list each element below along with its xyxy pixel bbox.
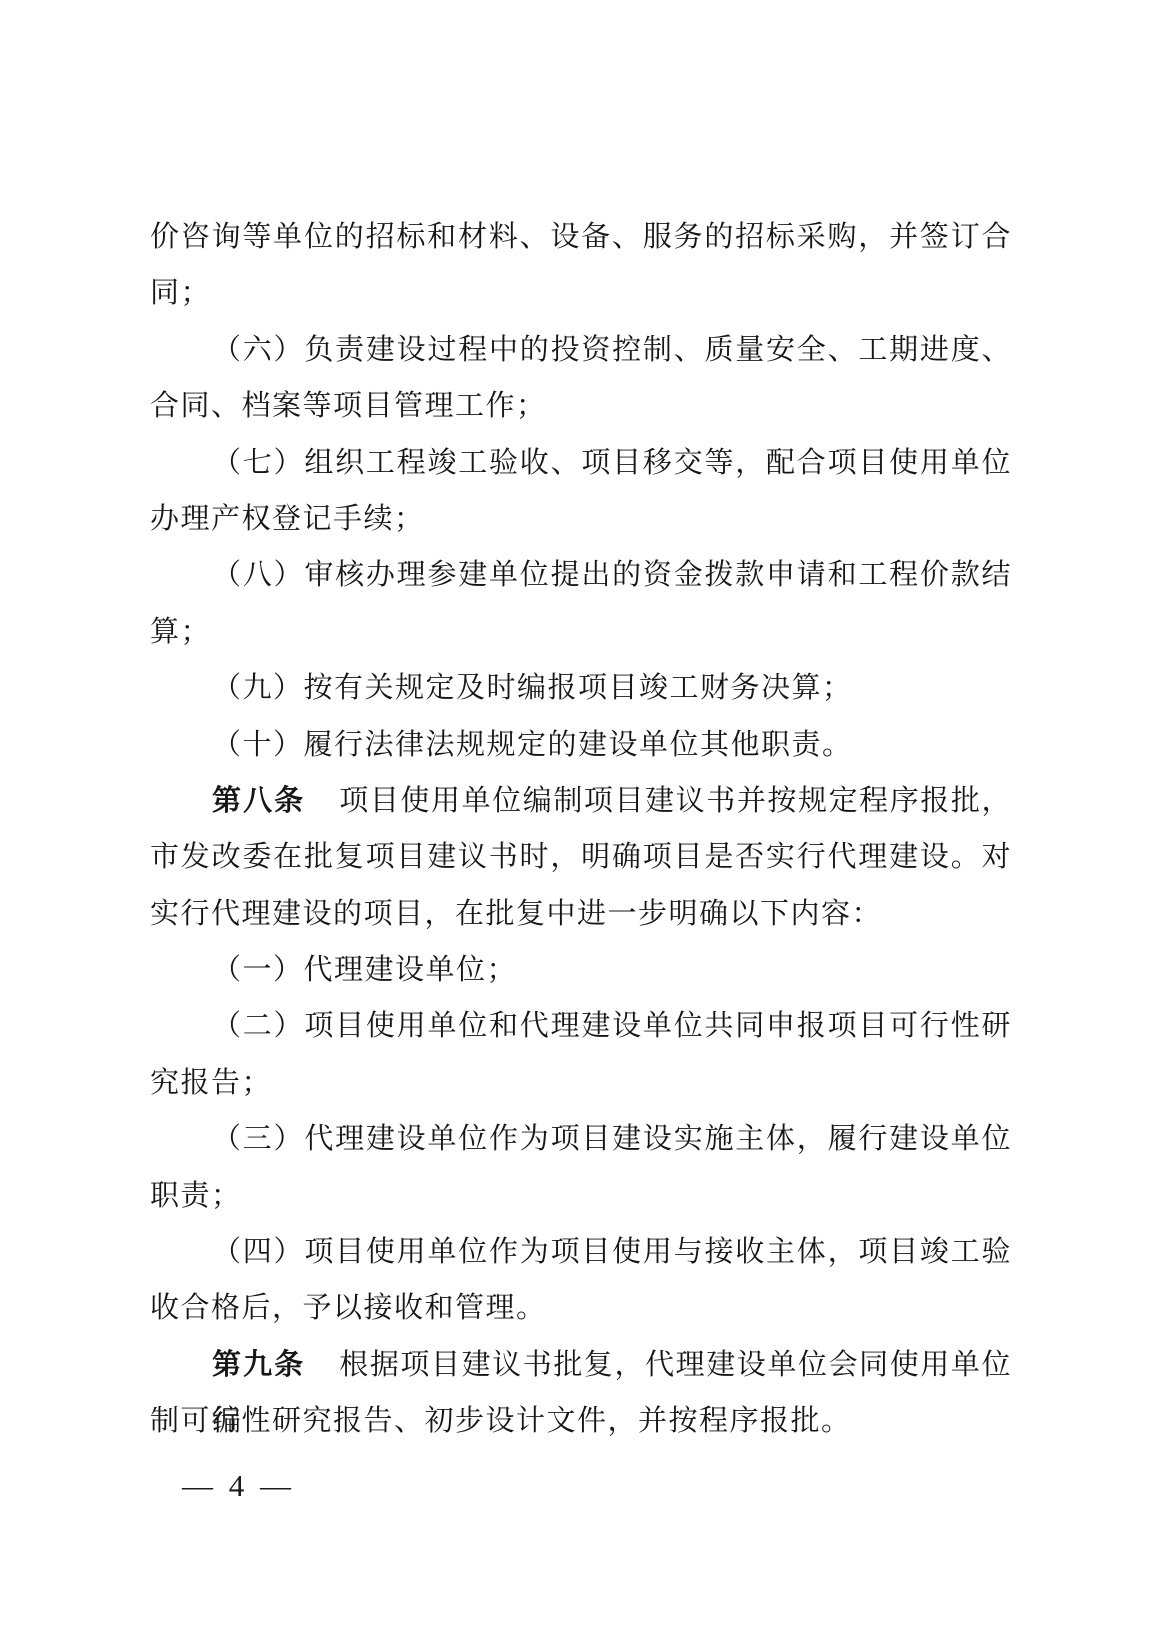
- text-line: 价咨询等单位的招标和材料、设备、服务的招标采购，并签订合: [150, 209, 1012, 265]
- text-line: 职责；: [150, 1168, 1012, 1224]
- text-line: 收合格后，予以接收和管理。: [150, 1280, 1012, 1336]
- text-line: （三）代理建设单位作为项目建设实施主体，履行建设单位: [150, 1111, 1012, 1167]
- line-text: （八）审核办理参建单位提出的资金拨款申请和工程价款结: [212, 559, 1012, 591]
- line-text: 同；: [150, 277, 211, 309]
- text-line: （六）负责建设过程中的投资控制、质量安全、工期进度、: [150, 322, 1012, 378]
- line-text: 收合格后，予以接收和管理。: [150, 1292, 547, 1324]
- text-line: 合同、档案等项目管理工作；: [150, 378, 1012, 434]
- text-line: 实行代理建设的项目，在批复中进一步明确以下内容：: [150, 886, 1012, 942]
- line-text: 合同、档案等项目管理工作；: [150, 390, 547, 422]
- text-line: 究报告；: [150, 1055, 1012, 1111]
- text-line: 同；: [150, 265, 1012, 321]
- line-text: （六）负责建设过程中的投资控制、质量安全、工期进度、: [212, 334, 1012, 366]
- text-line: （一）代理建设单位；: [150, 942, 1012, 998]
- text-line: （七）组织工程竣工验收、项目移交等，配合项目使用单位: [150, 435, 1012, 491]
- line-text: 项目使用单位编制项目建议书并按规定程序报批，: [339, 785, 1012, 817]
- text-line: （八）审核办理参建单位提出的资金拨款申请和工程价款结: [150, 547, 1012, 603]
- text-line: （十）履行法律法规规定的建设单位其他职责。: [150, 717, 1012, 773]
- text-line: （二）项目使用单位和代理建设单位共同申报项目可行性研: [150, 998, 1012, 1054]
- line-text: 职责；: [150, 1180, 242, 1212]
- document-body: 价咨询等单位的招标和材料、设备、服务的招标采购，并签订合同；（六）负责建设过程中…: [150, 209, 1012, 1450]
- line-text: （三）代理建设单位作为项目建设实施主体，履行建设单位: [212, 1123, 1012, 1155]
- line-text: 办理产权登记手续；: [150, 503, 425, 535]
- line-text: 价咨询等单位的招标和材料、设备、服务的招标采购，并签订合: [150, 221, 1012, 253]
- text-line: 办理产权登记手续；: [150, 491, 1012, 547]
- line-text: （十）履行法律法规规定的建设单位其他职责。: [212, 729, 853, 761]
- document-page: 价咨询等单位的招标和材料、设备、服务的招标采购，并签订合同；（六）负责建设过程中…: [0, 0, 1157, 1637]
- text-line: 市发改委在批复项目建议书时，明确项目是否实行代理建设。对: [150, 829, 1012, 885]
- line-text: 市发改委在批复项目建议书时，明确项目是否实行代理建设。对: [150, 841, 1012, 873]
- text-line: 算；: [150, 604, 1012, 660]
- line-text: （七）组织工程竣工验收、项目移交等，配合项目使用单位: [212, 447, 1012, 479]
- line-text: 究报告；: [150, 1067, 272, 1099]
- line-text: 实行代理建设的项目，在批复中进一步明确以下内容：: [150, 898, 882, 930]
- article-number-heading: 第九条: [212, 1349, 305, 1381]
- article-number-heading: 第八条: [212, 785, 305, 817]
- text-line: 第九条根据项目建议书批复，代理建设单位会同使用单位编: [150, 1337, 1012, 1393]
- line-text: （九）按有关规定及时编报项目竣工财务决算；: [212, 672, 853, 704]
- line-text: 制可行性研究报告、初步设计文件，并按程序报批。: [150, 1405, 852, 1437]
- text-line: 制可行性研究报告、初步设计文件，并按程序报批。: [150, 1393, 1012, 1449]
- line-text: （二）项目使用单位和代理建设单位共同申报项目可行性研: [212, 1010, 1012, 1042]
- line-text: （四）项目使用单位作为项目使用与接收主体，项目竣工验: [212, 1236, 1012, 1268]
- text-line: （四）项目使用单位作为项目使用与接收主体，项目竣工验: [150, 1224, 1012, 1280]
- text-line: （九）按有关规定及时编报项目竣工财务决算；: [150, 660, 1012, 716]
- text-line: 第八条项目使用单位编制项目建议书并按规定程序报批，: [150, 773, 1012, 829]
- line-text: 算；: [150, 616, 211, 648]
- line-text: （一）代理建设单位；: [212, 954, 517, 986]
- page-number-footer: — 4 —: [182, 1466, 295, 1506]
